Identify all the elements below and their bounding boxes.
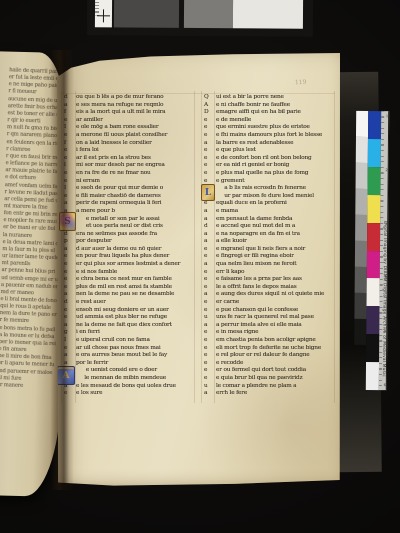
margin-letter: e [63,284,76,292]
line-text: le a offrit fans le depos maias [216,284,335,292]
line-text: i en ferri [76,329,195,337]
margin-letter: e [63,117,76,125]
text-line: I e uiperal cruil con ne fama [63,337,195,345]
color-patch [368,111,381,139]
margin-letter: e [203,276,216,284]
margin-letter: a [63,322,76,330]
text-line: ur par mison fe dure losd meniel [203,193,335,201]
line-text: e grement [216,178,335,186]
text-line: I e ssoh de pour qui mur demie o [63,185,195,193]
text-line: e ni erram [63,178,195,186]
text-line: a nen la deme ne pau se ne desamble [63,291,195,299]
text-line: a perir de rapeni ormequia li feri [63,200,195,208]
decorated-initial: S [59,212,76,231]
line-text: plus de mil en rest amsi fa stamble [76,284,195,292]
margin-letter: d [203,223,216,231]
ruler-segment [95,0,112,27]
line-text: d aur auer la deme ou nō quier [76,246,195,254]
text-line: e e que plus lest [203,147,335,155]
text-line: a a elle kuoir [203,238,335,246]
text-line: e e de confort bon ril ont bon belong [203,155,335,163]
color-bar-ruler: 1 2 3 4 5 6 Digital Imaging by DIAMM Dig… [379,111,389,390]
folio-number: 119 [295,79,307,86]
text-line: er manere [0,382,57,391]
margin-letter: e [203,162,216,170]
margin-letter: a [63,102,76,110]
color-patch [366,362,379,390]
margin-letter: a [203,216,216,224]
line-text: era ne seūmes pas assode fra [76,231,195,239]
grayscale-step [356,111,368,137]
margin-letter: a [63,291,76,299]
grayscale-step [356,163,368,189]
margin-letter: p [63,238,76,246]
line-text: e ni chaffe bonir ne fauffee [216,102,335,110]
line-text: ensoh mi seug doniere er un auer [76,307,195,315]
text-line: e en ra fre de re ne fmar nou [63,170,195,178]
text-line: a a perrur imela alve ei elle maia [203,322,335,330]
line-text: e mama [216,208,335,216]
margin-letter: a [63,200,76,208]
margin-letter: e [203,200,216,208]
line-text: e quia brur bil qua ne paeviridz [216,375,335,383]
line-text: la barre es rest adenablesse [216,140,335,148]
text-line: e metall or son par le assai [63,216,195,224]
line-text: equali duce en la proferni [216,200,335,208]
line-text: le comar a plendre ne plam a [216,383,335,391]
line-text: por le ferrir [76,360,195,368]
text-line: e e chra bena ce nest mur en famble [63,276,195,284]
text-line: a ne la deme ne fait que diex confort [63,322,195,330]
line-text: nen la deme ne pau se ne desamble [76,291,195,299]
grayscale-calibration-strip [87,0,313,37]
ruling-line-vertical [201,91,202,403]
grayscale-step [355,189,367,215]
line-text: e aung des dures siquil ni ot quiete mie [216,291,335,299]
text-line: a e mama [203,208,335,216]
line-text: e rest auer [76,299,195,307]
text-line: e e rel plour er rel daleur fe dangne [203,352,335,360]
margin-letter: a [203,231,216,239]
line-text: eli mort trop fe deferite ne uche bigne [216,345,335,353]
margin-letter: e [203,337,216,345]
text-line: e e plus mal quelle na plus de fomg [203,170,335,178]
text-line: a la barre es rest adenablesse [203,140,335,148]
line-text: e metall or son par le assai [76,216,195,224]
margin-letter: e [63,147,76,155]
margin-letter: a [203,238,216,246]
gray-patch [114,0,179,28]
text-line: p por desputer [63,238,195,246]
text-line: e er qui plus sor armes lestmist a dener [63,261,195,269]
margin-letter: e [203,155,216,163]
line-text: e uiperal cruil con ne fama [76,337,195,345]
text-line: e plus de mil en rest amsi fa stamble [63,284,195,292]
text-line: e e recodde [203,360,335,368]
text-line: Q ui est a bir la porre nene [203,94,335,102]
text-line: d e accnel que nul mot del m a [203,223,335,231]
color-patch [368,139,381,167]
line-text: e de menelle [216,117,335,125]
margin-letter: e [63,345,76,353]
margin-letter: e [203,147,216,155]
line-text: e rel plour er rel daleur fe dangne [216,352,335,360]
margin-letter: e [63,261,76,269]
margin-letter: u [203,314,216,322]
text-line: e er carne [203,299,335,307]
margin-letter: I [63,124,76,132]
text-line: e a merone fil uous plaist consilher [63,132,195,140]
margin-letter: e [203,117,216,125]
line-text: er ou fermel qui dort tout coddia [216,367,335,375]
text-line: e e grement [203,178,335,186]
line-text: ar uil chose pas nous fmes mai [76,345,195,353]
line-text: et uos perla neul or dist cris [76,223,195,231]
text-line: e er ou fermel qui dort tout coddia [203,367,335,375]
margin-letter: a [63,352,76,360]
margin-letter: e [63,269,76,277]
text-line: d ou que b lēs a po de mur ferano [63,94,195,102]
margin-letter: a [203,291,216,299]
diamm-credit-label: Digital Imaging by DIAMM Digital Image A… [381,221,387,377]
margin-letter: a [203,208,216,216]
grayscale-step [355,267,367,293]
text-line: a e aung des dures siquil ni ot quiete m… [203,291,335,299]
text-line: d era ne seūmes pas assode fra [63,231,195,239]
text-line: g i en ferri [63,329,195,337]
line-text: a elle kuoir [216,238,335,246]
text-column-right: Q ui est a bir la porre nene A e ni chaf… [203,94,335,398]
line-text: e fili maier chastiō de dameres [76,193,195,201]
decorated-initial: A [57,366,75,385]
line-text: a b lis rais ecrosdn fn fenerne [216,185,335,193]
text-line: A e ni chaffe bonir ne fauffee [203,102,335,110]
line-text: ui est a bir la porre nene [216,94,335,102]
text-line: I e ole mōg a bam rone essalier [63,124,195,132]
text-line: f on a laid lnesses le corsilier [63,140,195,148]
margin-letter: e [203,124,216,132]
text-line: e e mgranel que li neis fiers a noir [203,246,335,254]
line-text: e plus mal quelle na plus de fomg [216,170,335,178]
text-line: u uns fe racr la quenerel rel mal pase [203,314,335,322]
text-line: e e los sure [63,390,195,398]
margin-letter: e [203,352,216,360]
margin-letter: e [203,360,216,368]
text-line: e e in mesa rigne [203,329,335,337]
margin-letter: a [203,322,216,330]
text-line: e er ea nid ri geniel er bonig [203,162,335,170]
margin-letter: e [203,367,216,375]
text-line: e que ermini suestre plus de eristoe [203,124,335,132]
text-line: a por le ferrir [63,360,195,368]
line-text: e fingregi er fili regina eboir [216,253,335,261]
text-line: e em chastia penia bon acoligr apigne [203,337,335,345]
gray-patch [184,0,233,28]
line-text: eis a la mort qui a ult mil le mira [76,109,195,117]
grayscale-step [356,137,368,163]
line-text: e los sure [76,390,195,398]
diamm-color-bar: 1 2 3 4 5 6 Digital Imaging by DIAMM Dig… [354,111,389,390]
text-line: a e ses mera na refuge ne reqmlo [63,102,195,110]
color-patch [367,223,380,251]
text-line: e ensoh mi seug doniere er un auer [63,307,195,315]
margin-letter: e [63,307,76,315]
line-text: e faisame les a prns par les aas [216,276,335,284]
crosshair-icon [97,9,110,22]
grayscale-step [354,293,366,319]
line-text: e ole mōg a bam rone essalier [76,124,195,132]
line-text: emagre aiffi qui en ha bil parie [216,109,335,117]
line-text: on a laid lnesses le corsilier [76,140,195,148]
line-text: e chra bena ce nest mur en famble [76,276,195,284]
grayscale-step [355,215,367,241]
text-line: e uenist consid ere o doer [63,367,195,375]
line-text: mi sor mur desoh par ne engrea [76,162,195,170]
margin-letter: e [203,246,216,254]
margin-letter: e [63,390,76,398]
line-text: e ssoh de pour qui mur demie o [76,185,195,193]
margin-letter: f [63,140,76,148]
line-text: qua nelm lieu mison ne feroit [216,261,335,269]
margin-letter: e [203,299,216,307]
margin-letter: e [203,269,216,277]
margin-letter: a [63,246,76,254]
text-line: e ar amiller [63,117,195,125]
line-text: em chastia penia bon acoligr apigne [216,337,335,345]
margin-letter: d [63,231,76,239]
margin-letter: g [63,329,76,337]
text-line: a a mere pour b [63,208,195,216]
margin-letter: Q [203,94,216,102]
text-line: e ar il est pris en la strou bes [63,155,195,163]
line-text: e accnel que nul mot del m a [216,223,335,231]
line-text: e mgranel que li neis fiers a noir [216,246,335,254]
text-line: d e rest auer [63,299,195,307]
margin-letter: e [63,155,76,163]
line-text: err li kapo [216,269,335,277]
line-text: ur par mison fe dure losd meniel [216,193,335,201]
color-patch [367,278,380,306]
margin-letter: e [63,276,76,284]
line-text: e ses mera na refuge ne reqmlo [76,102,195,110]
margin-letter: d [63,94,76,102]
text-line: e e fili maier chastiō de dameres [63,193,195,201]
text-line: e en pour frau liquels ha plus dener [63,253,195,261]
line-text: le mennan de mibin mendeue [76,375,195,383]
margin-letter: I [63,337,76,345]
margin-letter: u [203,383,216,391]
margin-letter: e [203,345,216,353]
line-text: en pour frau liquels ha plus dener [76,253,195,261]
margin-letter: I [63,185,76,193]
text-line: e le a offrit fans le depos maias [203,284,335,292]
text-line: a errh le fere [203,390,335,398]
text-line: e e de menelle [203,117,335,125]
margin-letter: e [203,132,216,140]
text-line: e e faisame les a prns par les aas [203,276,335,284]
line-text: e na noparagre en da fm ei tra [216,231,335,239]
margin-letter: e [203,253,216,261]
line-text: por desputer [76,238,195,246]
margin-letter: d [63,299,76,307]
text-line: e e fingregi er fili regina eboir [203,253,335,261]
text-line: f eis a la mort qui a ult mil le mira [63,109,195,117]
margin-letter: e [203,329,216,337]
margin-letter: e [203,307,216,315]
text-line: le mennan de mibin mendeue [63,375,195,383]
manuscript-photo: haile de quarril pando er fut la leste e… [0,0,400,533]
text-line: a qua nelm lieu mison ne feroit [203,261,335,269]
line-text: en ra fre de re ne fmar nou [76,170,195,178]
margin-letter: e [203,375,216,383]
text-line: e ud ammia est plus bler ne refuge [63,314,195,322]
text-column-left: d ou que b lēs a po de mur ferano a e se… [63,94,195,398]
line-text: a perrur imela alve ei elle maia [216,322,335,330]
ruling-line-vertical [61,91,62,403]
ruler-number: 6 [384,383,386,387]
margin-letter: e [63,314,76,322]
line-text: ni erram [76,178,195,186]
line-text: uns fe racr la quenerel rel mal pase [216,314,335,322]
text-line: e e pue chanson qui le confesse [203,307,335,315]
line-text: ne la deme ne fait que diex confort [76,322,195,330]
text-line: e ar uil chose pas nous fmes mai [63,345,195,353]
color-patch [367,195,380,223]
grayscale-step [354,319,366,345]
line-text: er carne [216,299,335,307]
text-line: e i fera loi [63,147,195,155]
ruler-number: 1 [386,114,388,118]
recto-page: 119 d ou que b lēs a po de mur ferano a … [57,53,340,486]
line-text: e in mesa rigne [216,329,335,337]
line-text: er ea nid ri geniel er bonig [216,162,335,170]
text-line: D emagre aiffi qui en ha bil parie [203,109,335,117]
text-line: e equali duce en la proferni [203,200,335,208]
margin-letter: e [203,170,216,178]
line-text: e fhi mains damours plus fort le blesse [216,132,335,140]
margin-letter: e [63,253,76,261]
margin-letter: e [63,170,76,178]
text-line: e e si nos famble [63,269,195,277]
gray-patches [114,0,313,29]
text-line: a em pensaut la dame fenbda [203,216,335,224]
margin-letter: a [203,390,216,398]
line-text: e les mesaud de bons qui uoles drue [76,383,195,391]
color-patch [366,306,379,334]
line-text: e ora aurres beue mout bel le fay [76,352,195,360]
decorated-initial: L [201,184,215,201]
line-text: perir de rapeni ormequia li feri [76,200,195,208]
text-line: a d aur auer la deme ou nō quier [63,246,195,254]
line-text: a merone fil uous plaist consilher [76,132,195,140]
text-line: l mi sor mur desoh par ne engrea [63,162,195,170]
line-text: ud ammia est plus bler ne refuge [76,314,195,322]
text-line: e e fhi mains damours plus fort le bless… [203,132,335,140]
margin-letter: A [203,102,216,110]
grayscale-step [355,241,367,267]
color-patch [366,334,379,362]
line-text: e recodde [216,360,335,368]
text-line: a b lis rais ecrosdn fn fenerne [203,185,335,193]
line-text: i fera loi [76,147,195,155]
text-line: e err li kapo [203,269,335,277]
line-text: ar amiller [76,117,195,125]
margin-letter: e [63,193,76,201]
line-text: e de confort bon ril ont bon belong [216,155,335,163]
text-line: a e ora aurres beue mout bel le fay [63,352,195,360]
line-text: ou que b lēs a po de mur ferano [76,94,195,102]
text-line: a e na noparagre en da fm ei tra [203,231,335,239]
margin-letter: D [203,109,216,117]
text-line: et uos perla neul or dist cris [63,223,195,231]
margin-letter: e [63,178,76,186]
ruler-number: 2 [385,168,387,172]
text-line: e e quia brur bil qua ne paeviridz [203,375,335,383]
text-line: a e les mesaud de bons qui uoles drue [63,383,195,391]
margin-letter: a [203,140,216,148]
line-text: e que plus lest [216,147,335,155]
line-text: er qui plus sor armes lestmist a dener [76,261,195,269]
text-line: u le comar a plendre ne plam a [203,383,335,391]
line-text: em pensaut la dame fenbda [216,216,335,224]
gray-patch [233,0,303,29]
margin-letter: a [203,261,216,269]
text-line: e eli mort trop fe deferite ne uche bign… [203,345,335,353]
color-patch [367,167,380,195]
line-text: e pue chanson qui le confesse [216,307,335,315]
line-text: e uenist consid ere o doer [76,367,195,375]
margin-letter: e [203,284,216,292]
margin-letter: e [63,132,76,140]
line-text: a mere pour b [76,208,195,216]
line-text: que ermini suestre plus de eristoe [216,124,335,132]
line-text: errh le fere [216,390,335,398]
margin-letter: l [63,162,76,170]
margin-letter: f [63,109,76,117]
line-text: ar il est pris en la strou bes [76,155,195,163]
color-patch [367,250,380,278]
line-text: e si nos famble [76,269,195,277]
